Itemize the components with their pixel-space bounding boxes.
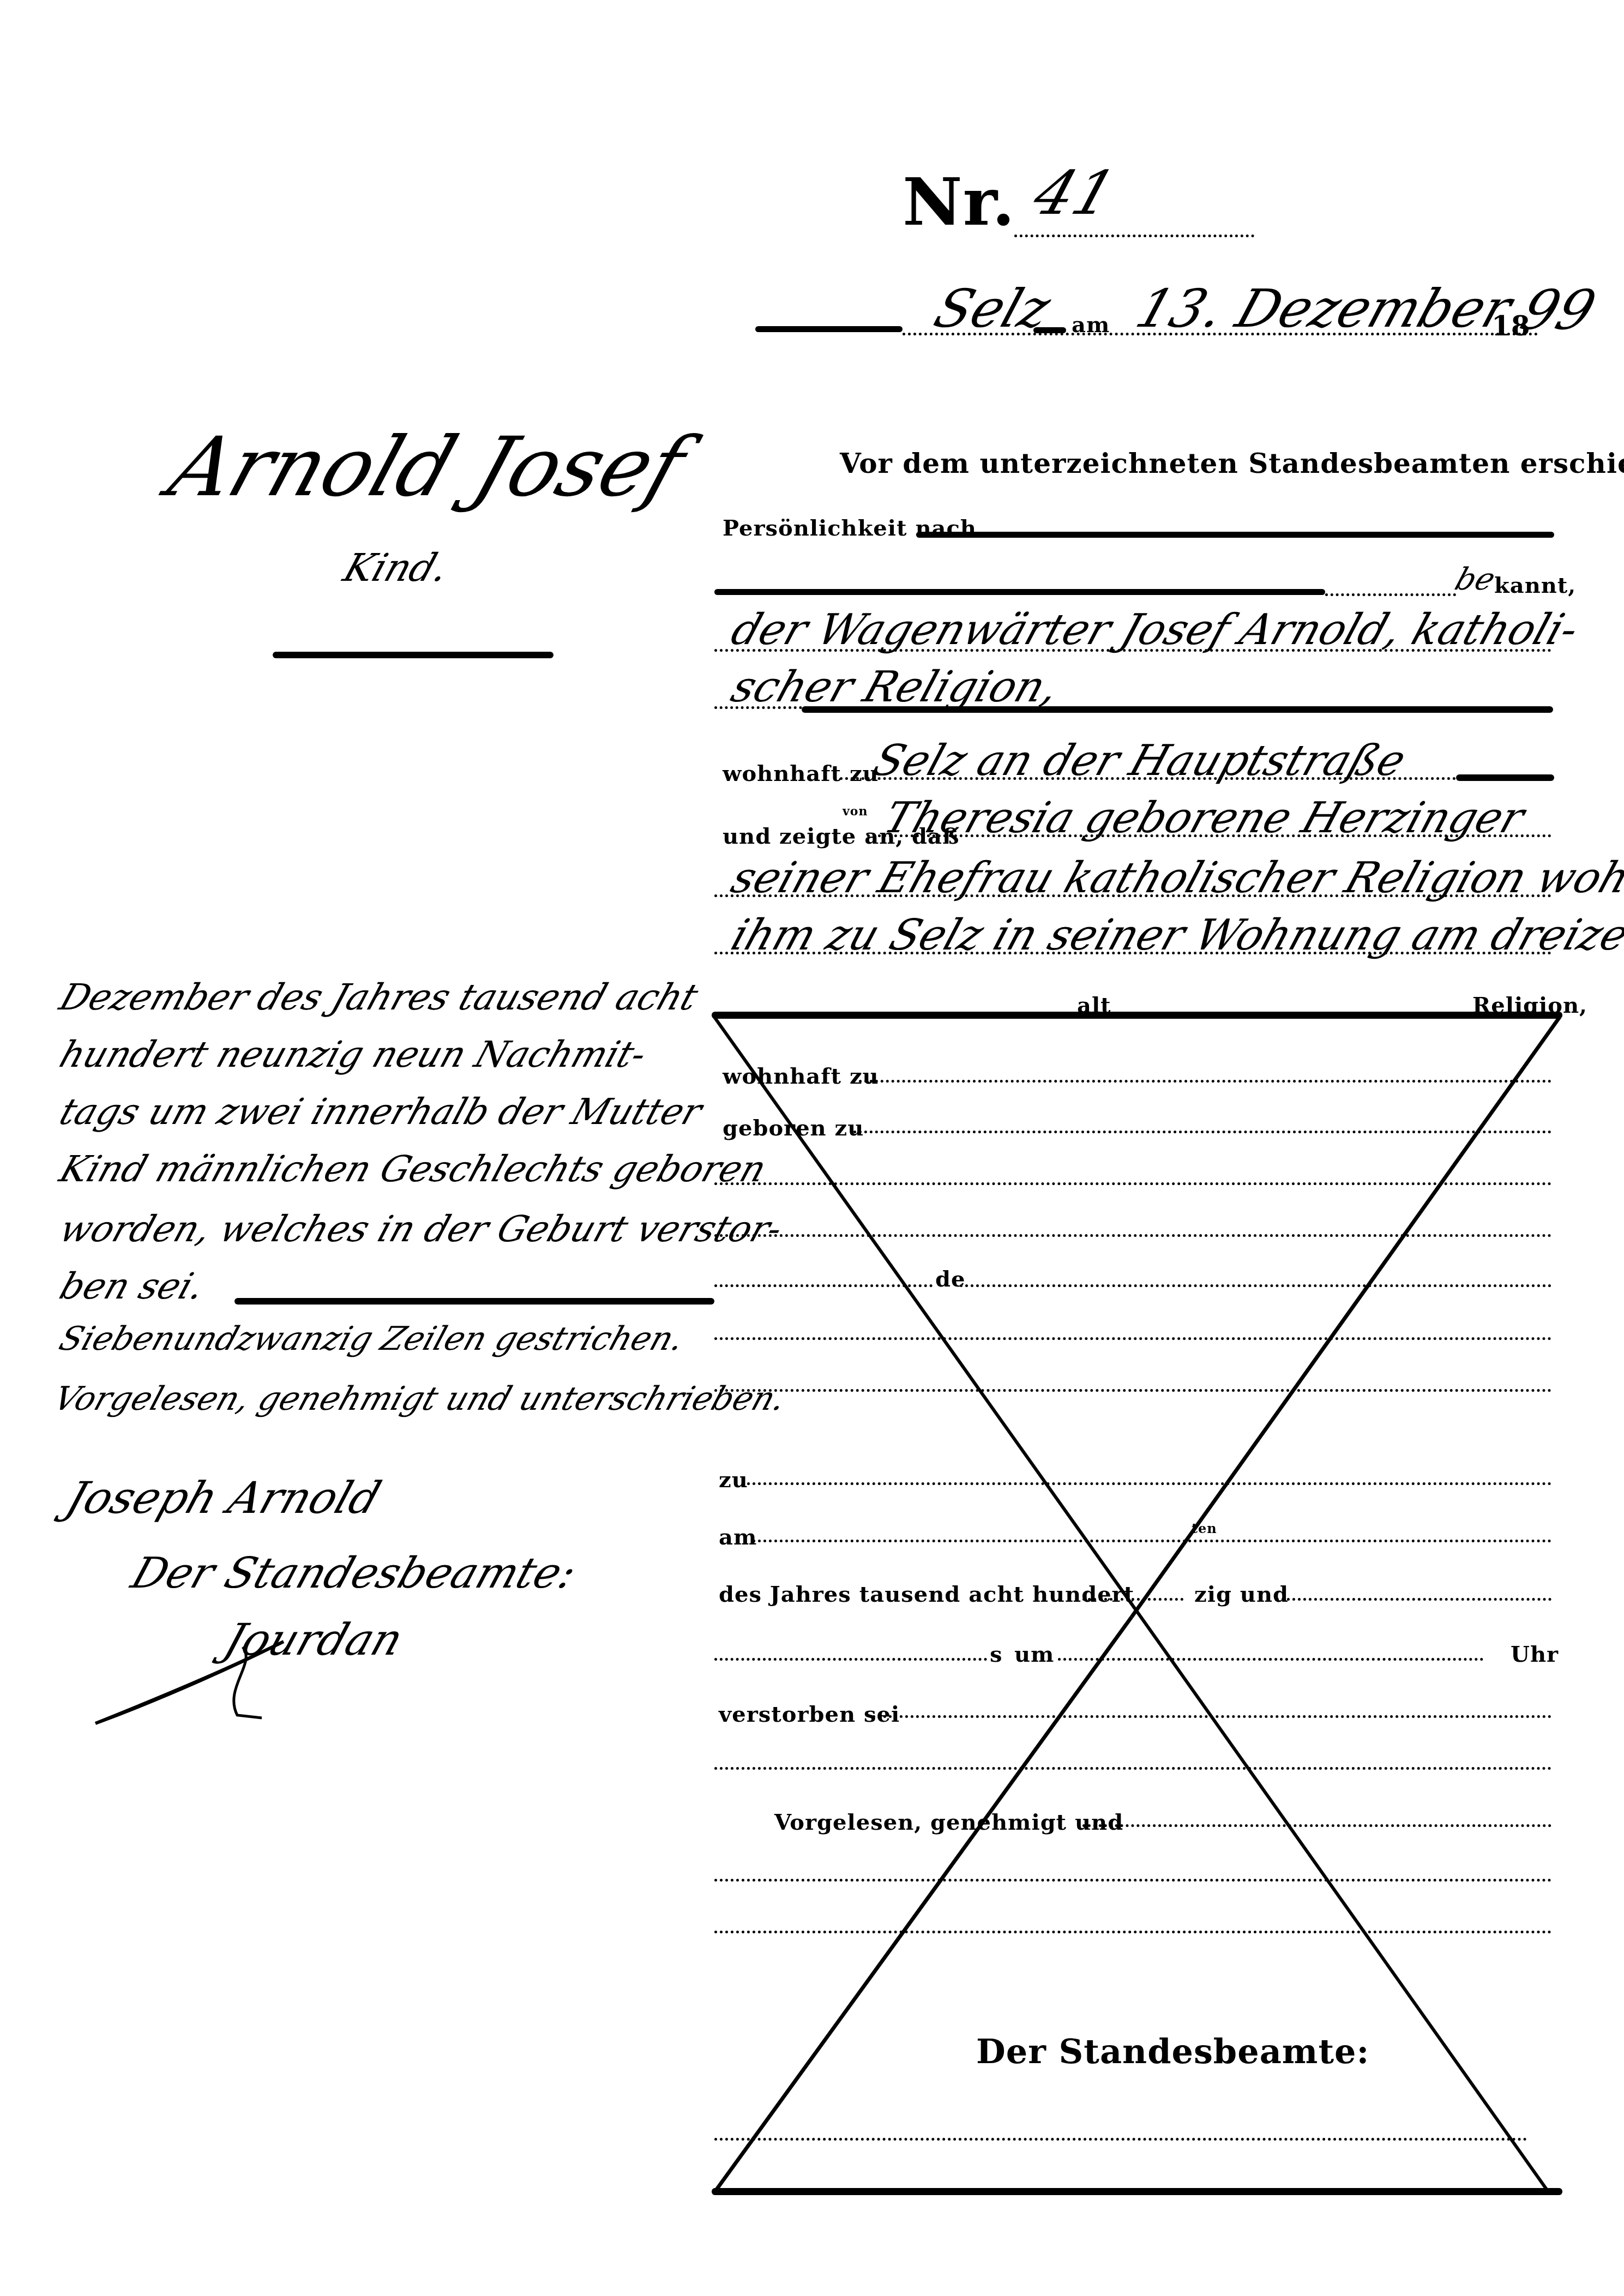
blank-rule-2 — [714, 1234, 1551, 1237]
time-s: s — [990, 1642, 1003, 1667]
margin-approval-note: Vorgelesen, genehmigt und unterschrieben… — [49, 1380, 791, 1418]
place-lead-bar — [755, 326, 903, 332]
time-um: um — [1014, 1642, 1054, 1667]
margin-note-line-6: ben sei. — [55, 1265, 210, 1307]
time-rule-1 — [714, 1658, 987, 1661]
margin-deletion-note: Siebenundzwanzig Zeilen gestrichen. — [55, 1320, 689, 1358]
read-label: Vorgelesen, genehmigt und — [774, 1810, 1123, 1835]
margin-note-end-bar — [234, 1298, 714, 1305]
date-label: am — [719, 1524, 757, 1550]
known-line-bar — [714, 589, 1325, 595]
date-suffix: ten — [1192, 1520, 1217, 1536]
declarant-line-1: der Wagenwärter Josef Arnold, katholi- — [725, 605, 1585, 654]
blank-rule-7 — [714, 1931, 1551, 1933]
date-value: 13. Dezember — [1129, 278, 1519, 339]
age-label: alt — [1077, 993, 1111, 1018]
read-rule — [1082, 1824, 1551, 1827]
register-page: Nr. 41 Selz am 13. Dezember 18 99 Arnold… — [0, 0, 1624, 2296]
report-superscript: von — [843, 804, 868, 819]
declarant-line-2-bar — [802, 706, 1553, 713]
known-line-dots — [1325, 593, 1456, 596]
blank-rule-3 — [714, 1337, 1551, 1340]
place-label: zu — [719, 1467, 748, 1493]
declarant-line-1-rule — [714, 649, 1551, 652]
religion-label: Religion, — [1472, 993, 1587, 1018]
margin-subtitle: Kind. — [338, 545, 454, 590]
declarant-line-2: scher Religion, — [725, 663, 1065, 712]
blank-rule-6 — [714, 1879, 1551, 1882]
identity-line-bar — [916, 532, 1554, 538]
de-label: de — [935, 1266, 965, 1292]
margin-note-line-3: tags um zwei innerhalb der Mutter — [55, 1091, 707, 1133]
de-rule-left — [714, 1284, 933, 1287]
year-rule-1 — [1082, 1598, 1183, 1601]
signature-declarant: Joseph Arnold — [60, 1472, 387, 1523]
residence2-label: wohnhaft zu — [723, 1063, 879, 1089]
margin-note-line-5: worden, welches in der Geburt verstor- — [55, 1208, 788, 1250]
time-uhr: Uhr — [1511, 1642, 1559, 1667]
record-number-value: 41 — [1025, 158, 1124, 228]
report-line-1-rule — [867, 834, 1551, 837]
blank-rule-4 — [714, 1389, 1551, 1392]
margin-name: Arnold Josef — [158, 420, 696, 515]
died-rule — [873, 1715, 1551, 1718]
signature-official: Jourdan — [218, 1614, 410, 1665]
time-rule-2 — [1058, 1658, 1483, 1661]
year-mid: zig und — [1194, 1582, 1289, 1607]
age-religion-bar — [712, 1012, 1562, 1019]
born-rule — [853, 1131, 1551, 1133]
residence-label: wohnhaft zu — [723, 761, 879, 786]
margin-name-underline — [273, 652, 554, 658]
signature-rule — [714, 2138, 1527, 2141]
report-line-3-rule — [714, 952, 1551, 954]
date-line — [903, 333, 1538, 335]
form-bottom-bar — [712, 2188, 1562, 2195]
official-label: Der Standesbeamte: — [976, 2031, 1369, 2071]
record-number-label: Nr. — [903, 164, 1015, 241]
known-suffix: kannt, — [1494, 573, 1576, 598]
report-line-2-rule — [714, 894, 1551, 897]
residence-bar — [1456, 774, 1554, 781]
residence2-rule — [859, 1080, 1551, 1083]
year-rule-2 — [1276, 1598, 1551, 1601]
blank-rule-5 — [714, 1767, 1551, 1770]
de-rule-right — [960, 1284, 1551, 1287]
blank-rule-1 — [714, 1182, 1551, 1185]
born-label: geboren zu — [723, 1115, 864, 1141]
declarant-line-2-rule — [714, 706, 813, 709]
place-rule — [747, 1482, 1551, 1485]
died-label: verstorben sei — [719, 1702, 900, 1727]
known-prefix-hand: be — [1451, 562, 1500, 597]
record-number-line — [1014, 235, 1254, 237]
margin-note-line-1: Dezember des Jahres tausend acht — [55, 976, 703, 1018]
residence-rule — [840, 777, 1456, 780]
date-rule — [753, 1540, 1551, 1542]
year-label: des Jahres tausend acht hundert — [719, 1582, 1134, 1607]
margin-note-line-4: Kind männlichen Geschlechts geboren — [55, 1148, 772, 1190]
margin-official-label: Der Standesbeamte: — [125, 1549, 582, 1598]
margin-note-line-2: hundert neunzig neun Nachmit- — [55, 1033, 652, 1075]
intro-text: Vor dem unterzeichneten Standesbeamten e… — [840, 447, 1624, 479]
